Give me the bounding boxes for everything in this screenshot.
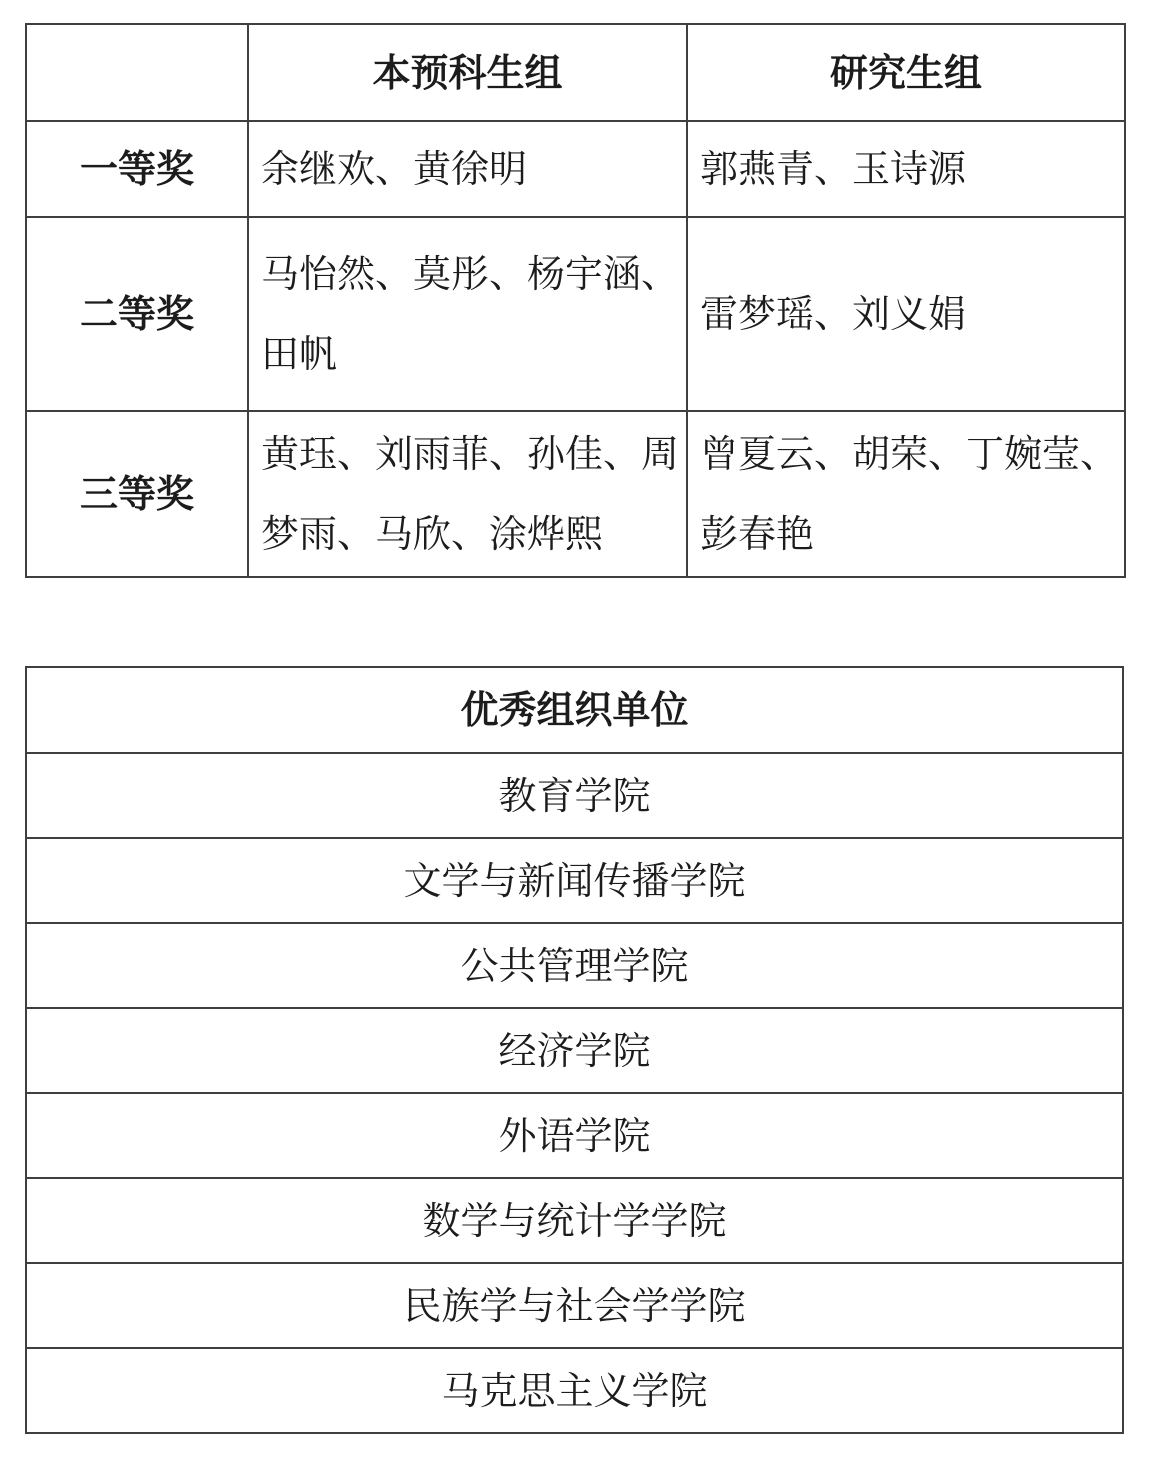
organization-row: 文学与新闻传播学院 <box>26 838 1123 923</box>
first-prize-label: 一等奖 <box>26 121 248 217</box>
awards-table: 本预科生组 研究生组 一等奖 余继欢、黄徐明 郭燕青、玉诗源 二等奖 马怡然、莫… <box>25 23 1126 578</box>
organization-name: 外语学院 <box>26 1093 1123 1178</box>
second-prize-row: 二等奖 马怡然、莫彤、杨宇涵、田帆 雷梦瑶、刘义娟 <box>26 217 1125 411</box>
organization-row: 民族学与社会学学院 <box>26 1263 1123 1348</box>
organization-name: 教育学院 <box>26 753 1123 838</box>
third-prize-undergraduate-names: 黄珏、刘雨菲、孙佳、周梦雨、马欣、涂烨熙 <box>248 411 687 577</box>
first-prize-undergraduate-names: 余继欢、黄徐明 <box>248 121 687 217</box>
second-prize-label: 二等奖 <box>26 217 248 411</box>
organization-row: 外语学院 <box>26 1093 1123 1178</box>
organization-name: 数学与统计学学院 <box>26 1178 1123 1263</box>
third-prize-graduate-names: 曾夏云、胡荣、丁婉莹、彭春艳 <box>687 411 1125 577</box>
second-prize-undergraduate-names: 马怡然、莫彤、杨宇涵、田帆 <box>248 217 687 411</box>
first-prize-graduate-names: 郭燕青、玉诗源 <box>687 121 1125 217</box>
organization-name: 文学与新闻传播学院 <box>26 838 1123 923</box>
organization-name: 公共管理学院 <box>26 923 1123 1008</box>
organizations-table-title: 优秀组织单位 <box>26 667 1123 753</box>
second-prize-graduate-names: 雷梦瑶、刘义娟 <box>687 217 1125 411</box>
prize-column-header <box>26 24 248 121</box>
excellent-organizations-table: 优秀组织单位 教育学院 文学与新闻传播学院 公共管理学院 经济学院 外语学院 数… <box>25 666 1124 1434</box>
organization-name: 经济学院 <box>26 1008 1123 1093</box>
undergraduate-group-header: 本预科生组 <box>248 24 687 121</box>
graduate-group-header: 研究生组 <box>687 24 1125 121</box>
organization-name: 马克思主义学院 <box>26 1348 1123 1433</box>
first-prize-row: 一等奖 余继欢、黄徐明 郭燕青、玉诗源 <box>26 121 1125 217</box>
organization-row: 数学与统计学学院 <box>26 1178 1123 1263</box>
organization-name: 民族学与社会学学院 <box>26 1263 1123 1348</box>
third-prize-row: 三等奖 黄珏、刘雨菲、孙佳、周梦雨、马欣、涂烨熙 曾夏云、胡荣、丁婉莹、彭春艳 <box>26 411 1125 577</box>
organizations-header-row: 优秀组织单位 <box>26 667 1123 753</box>
organization-row: 教育学院 <box>26 753 1123 838</box>
third-prize-label: 三等奖 <box>26 411 248 577</box>
organization-row: 马克思主义学院 <box>26 1348 1123 1433</box>
awards-header-row: 本预科生组 研究生组 <box>26 24 1125 121</box>
organization-row: 公共管理学院 <box>26 923 1123 1008</box>
organization-row: 经济学院 <box>26 1008 1123 1093</box>
